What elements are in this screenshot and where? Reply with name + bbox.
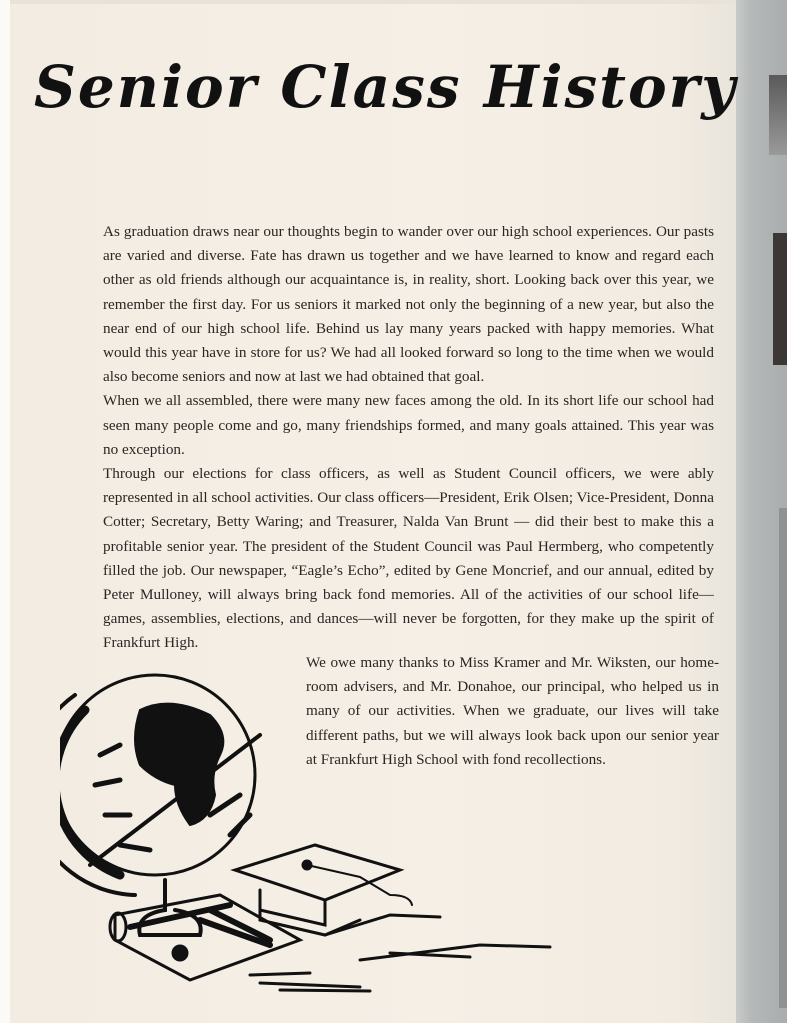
graduation-cap-icon — [235, 845, 412, 935]
facing-photo-fragment — [779, 508, 787, 1008]
paragraph: When we all assembled, there were many n… — [103, 389, 714, 462]
facing-photo-fragment — [769, 75, 787, 155]
page-title: Senior Class History — [34, 52, 754, 122]
shadow-strokes — [250, 945, 550, 991]
globe-icon — [60, 675, 260, 935]
scan-left-edge — [0, 0, 10, 1023]
paragraph: Through our elections for class officers… — [103, 462, 714, 656]
history-body: As graduation draws near our thoughts be… — [103, 220, 714, 656]
diploma-scroll-icon — [110, 895, 300, 980]
facing-photo-fragment — [773, 233, 787, 365]
book-icon — [325, 915, 440, 935]
facing-page-edge — [736, 0, 787, 1023]
paragraph: As graduation draws near our thoughts be… — [103, 220, 714, 389]
globe-and-diploma-illustration — [60, 665, 580, 995]
